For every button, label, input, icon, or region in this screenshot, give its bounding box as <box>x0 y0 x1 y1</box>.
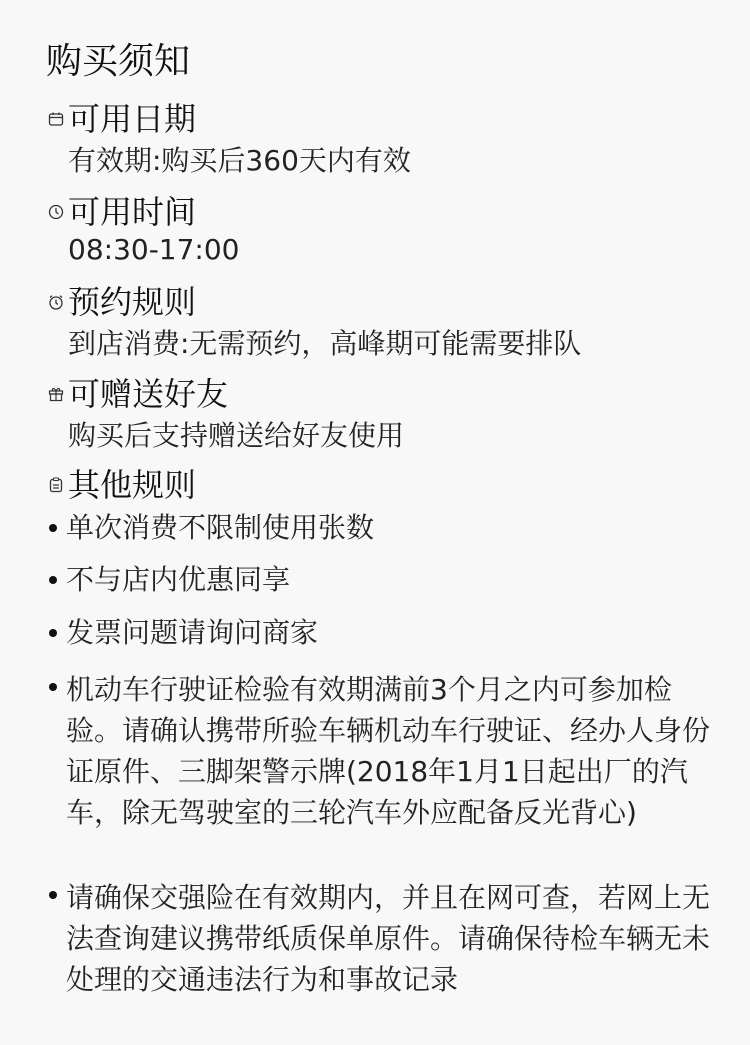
calendar-icon <box>46 109 66 129</box>
section-body: 08:30-17:00 <box>68 232 240 268</box>
section-heading: 预约规则 <box>68 282 196 322</box>
section-available-time: 可用时间 <box>46 192 196 232</box>
section-available-dates: 可用日期 <box>46 99 196 139</box>
section-other-rules: 其他规则 <box>46 465 196 505</box>
bullet-icon <box>46 562 66 598</box>
page-title: 购买须知 <box>46 40 190 84</box>
rule-item: 单次消费不限制使用张数 <box>46 510 711 546</box>
section-gift-to-friend: 可赠送好友 <box>46 374 228 414</box>
clock-icon <box>46 202 66 222</box>
alarm-clock-icon <box>46 292 66 312</box>
section-body: 到店消费:无需预约，高峰期可能需要排队 <box>68 326 581 362</box>
rule-item: 机动车行驶证检验有效期满前3个月之内可参加检验。请确认携带所验车辆机动车行驶证、… <box>46 669 711 833</box>
section-heading: 可赠送好友 <box>68 374 228 414</box>
section-body: 购买后支持赠送给好友使用 <box>68 418 404 454</box>
bullet-icon <box>46 510 66 546</box>
section-heading: 可用时间 <box>68 192 196 232</box>
gift-icon <box>46 384 66 404</box>
bullet-icon <box>46 877 66 1000</box>
rule-item: 请确保交强险在有效期内，并且在网可查，若网上无法查询建议携带纸质保单原件。请确保… <box>46 877 711 1000</box>
rule-item: 不与店内优惠同享 <box>46 562 711 598</box>
rule-item: 发票问题请询问商家 <box>46 615 711 651</box>
bullet-icon <box>46 615 66 651</box>
clipboard-icon <box>46 475 66 495</box>
section-booking-rules: 预约规则 <box>46 282 196 322</box>
section-heading: 其他规则 <box>68 465 196 505</box>
bullet-icon <box>46 669 66 833</box>
section-body: 有效期:购买后360天内有效 <box>68 143 411 179</box>
section-heading: 可用日期 <box>68 99 196 139</box>
